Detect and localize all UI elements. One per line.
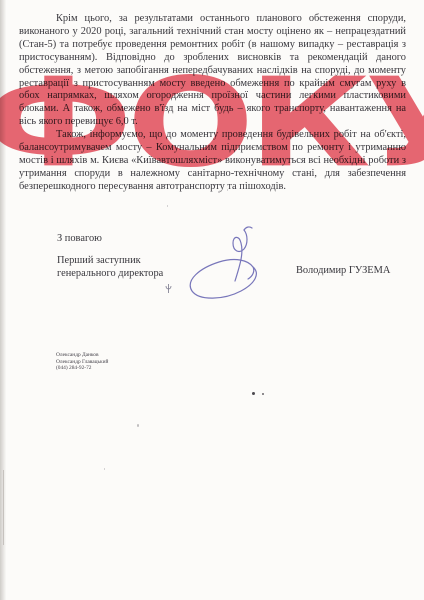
signer-name: Володимир ГУЗЕМА [296, 265, 390, 276]
pen-mark-icon [165, 284, 172, 294]
paragraph-1: Крім цього, за результатами останнього п… [19, 13, 406, 129]
closing-salutation: З повагою [57, 233, 102, 244]
ink-speck [218, 191, 220, 193]
signature-ink [186, 226, 270, 306]
ink-speck [252, 392, 255, 395]
ink-speck [213, 184, 215, 186]
signer-title-line-2: генерального директора [57, 268, 163, 279]
signer-title: Перший заступник генерального директора [57, 255, 163, 280]
contact-phone: (044) 284-92-72 [56, 365, 108, 372]
contact-block: Олександр Данков Олександр Главацький (0… [56, 352, 108, 372]
ink-speck [104, 468, 105, 470]
ink-speck [262, 393, 264, 395]
ink-speck [227, 189, 228, 191]
ink-speck [137, 424, 139, 427]
scanned-letter-page: Крім цього, за результатами останнього п… [0, 0, 424, 600]
contact-name-1: Олександр Данков [56, 352, 108, 359]
signer-title-line-1: Перший заступник [57, 255, 141, 266]
letter-body: Крім цього, за результатами останнього п… [19, 13, 406, 194]
scan-crease-line [3, 470, 4, 545]
ink-speck [167, 205, 168, 207]
